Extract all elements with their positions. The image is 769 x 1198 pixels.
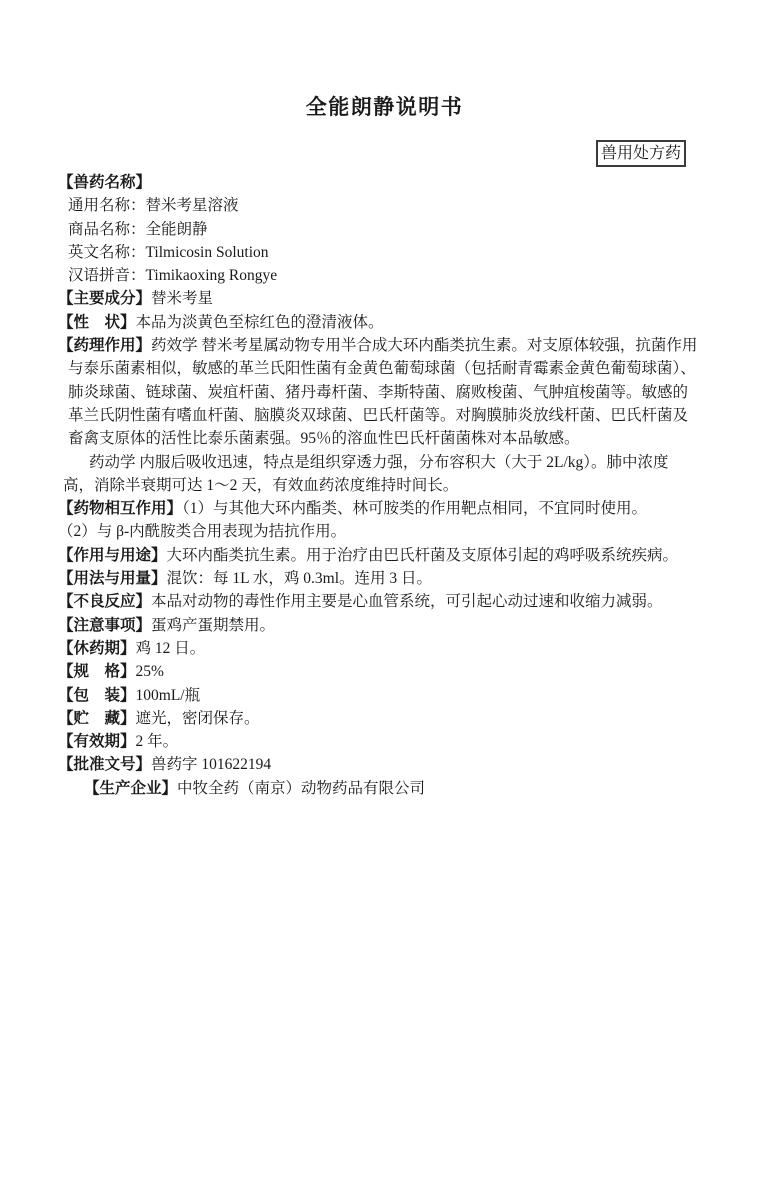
line-text: 25% [136, 663, 164, 680]
doc-line-validity: 【有效期】2 年。 [58, 730, 710, 753]
doc-line-pharmacology-1: 【药理作用】药效学 替米考星属动物专用半合成大环内酯类抗生素。对支原体较强，抗菌… [58, 334, 710, 357]
doc-line-manufacturer: 【生产企业】中牧全药（南京）动物药品有限公司 [58, 777, 710, 800]
line-text: （2）与 β-内酰胺类合用表现为拮抗作用。 [58, 523, 346, 540]
line-text: 鸡 12 日。 [136, 640, 206, 657]
section-head: 【药物相互作用】 [58, 500, 182, 517]
page-title: 全能朗静说明书 [0, 91, 769, 121]
section-head: 【休药期】 [58, 640, 136, 657]
section-head: 【批准文号】 [58, 756, 151, 773]
doc-line-withdrawal-period: 【休药期】鸡 12 日。 [58, 637, 710, 660]
line-text: 本品对动物的毒性作用主要是心血管系统，可引起心动过速和收缩力减弱。 [151, 593, 663, 610]
line-text: 肺炎球菌、链球菌、炭疽杆菌、猪丹毒杆菌、李斯特菌、腐败梭菌、气肿疽梭菌等。敏感的 [68, 384, 688, 401]
line-text: 2 年。 [136, 733, 179, 750]
document-body: 【兽药名称】 通用名称：替米考星溶液 商品名称：全能朗静 英文名称：Tilmic… [58, 171, 710, 800]
line-text: 遮光，密闭保存。 [136, 710, 260, 727]
line-text: 兽药字 101622194 [151, 756, 271, 773]
line-text: 与泰乐菌素相似，敏感的革兰氏阳性菌有金黄色葡萄球菌（包括耐青霉素金黄色葡萄球菌）… [68, 360, 696, 377]
doc-line-pharmacology-4: 革兰氏阴性菌有嗜血杆菌、脑膜炎双球菌、巴氏杆菌等。对胸膜肺炎放线杆菌、巴氏杆菌及 [58, 404, 710, 427]
doc-line-packaging: 【包 装】100mL/瓶 [58, 684, 710, 707]
doc-line-english-name: 英文名称：Tilmicosin Solution [58, 241, 710, 264]
doc-line-pharmacokinetics-2: 高，消除半衰期可达 1～2 天，有效血药浓度维持时间长。 [58, 474, 710, 497]
line-text: 本品为淡黄色至棕红色的澄清液体。 [136, 314, 384, 331]
line-text: 畜禽支原体的活性比泰乐菌素强。95％的溶血性巴氏杆菌菌株对本品敏感。 [68, 430, 580, 447]
section-head: 【包 装】 [58, 687, 136, 704]
line-text: 革兰氏阴性菌有嗜血杆菌、脑膜炎双球菌、巴氏杆菌等。对胸膜肺炎放线杆菌、巴氏杆菌及 [68, 407, 688, 424]
prescription-badge: 兽用处方药 [596, 140, 686, 167]
line-text: 高，消除半衰期可达 1～2 天，有效血药浓度维持时间长。 [63, 477, 458, 494]
doc-line-indications: 【作用与用途】大环内酯类抗生素。用于治疗由巴氏杆菌及支原体引起的鸡呼吸系统疾病。 [58, 544, 710, 567]
line-text: 商品名称：全能朗静 [68, 221, 208, 238]
section-head: 【用法与用量】 [58, 570, 167, 587]
line-text: 药效学 替米考星属动物专用半合成大环内酯类抗生素。对支原体较强，抗菌作用 [151, 337, 697, 354]
line-text: （1）与其他大环内酯类、林可胺类的作用靶点相同，不宜同时使用。 [182, 500, 647, 517]
doc-line-interaction-2: （2）与 β-内酰胺类合用表现为拮抗作用。 [58, 520, 710, 543]
section-head: 【生产企业】 [84, 780, 177, 797]
doc-line-specification: 【规 格】25% [58, 660, 710, 683]
section-head: 【药理作用】 [58, 337, 151, 354]
line-text: 蛋鸡产蛋期禁用。 [151, 617, 275, 634]
section-head: 【有效期】 [58, 733, 136, 750]
doc-line-generic-name: 通用名称：替米考星溶液 [58, 194, 710, 217]
line-text: 药动学 内服后吸收迅速，特点是组织穿透力强，分布容积大（大于 2L/kg）。肺中… [89, 454, 669, 471]
doc-line-precautions: 【注意事项】蛋鸡产蛋期禁用。 [58, 614, 710, 637]
line-text: 汉语拼音：Timikaoxing Rongye [68, 267, 277, 284]
section-head: 【作用与用途】 [58, 547, 167, 564]
line-text: 100mL/瓶 [136, 687, 201, 704]
line-text: 混饮：每 1L 水，鸡 0.3ml。连用 3 日。 [167, 570, 433, 587]
doc-line-pharmacology-2: 与泰乐菌素相似，敏感的革兰氏阳性菌有金黄色葡萄球菌（包括耐青霉素金黄色葡萄球菌）… [58, 357, 710, 380]
document-page: 全能朗静说明书 兽用处方药 【兽药名称】 通用名称：替米考星溶液 商品名称：全能… [0, 0, 769, 1198]
doc-line-interaction-1: 【药物相互作用】（1）与其他大环内酯类、林可胺类的作用靶点相同，不宜同时使用。 [58, 497, 710, 520]
doc-line-adverse-reactions: 【不良反应】本品对动物的毒性作用主要是心血管系统，可引起心动过速和收缩力减弱。 [58, 590, 710, 613]
section-head: 【规 格】 [58, 663, 136, 680]
doc-line-approval-number: 【批准文号】兽药字 101622194 [58, 753, 710, 776]
section-head: 【不良反应】 [58, 593, 151, 610]
doc-line-dosage: 【用法与用量】混饮：每 1L 水，鸡 0.3ml。连用 3 日。 [58, 567, 710, 590]
doc-line-pharmacology-5: 畜禽支原体的活性比泰乐菌素强。95％的溶血性巴氏杆菌菌株对本品敏感。 [58, 427, 710, 450]
doc-line-ingredient: 【主要成分】替米考星 [58, 287, 710, 310]
line-text: 中牧全药（南京）动物药品有限公司 [177, 780, 425, 797]
line-text: 英文名称：Tilmicosin Solution [68, 244, 269, 261]
doc-line-trade-name: 商品名称：全能朗静 [58, 218, 710, 241]
doc-line-pinyin-name: 汉语拼音：Timikaoxing Rongye [58, 264, 710, 287]
doc-line-character: 【性 状】本品为淡黄色至棕红色的澄清液体。 [58, 311, 710, 334]
section-head: 【主要成分】 [58, 290, 151, 307]
section-head: 【注意事项】 [58, 617, 151, 634]
section-head: 【兽药名称】 [58, 174, 151, 191]
doc-line-storage: 【贮 藏】遮光，密闭保存。 [58, 707, 710, 730]
doc-line-pharmacology-3: 肺炎球菌、链球菌、炭疽杆菌、猪丹毒杆菌、李斯特菌、腐败梭菌、气肿疽梭菌等。敏感的 [58, 381, 710, 404]
line-text: 替米考星 [151, 290, 213, 307]
doc-line-pharmacokinetics-1: 药动学 内服后吸收迅速，特点是组织穿透力强，分布容积大（大于 2L/kg）。肺中… [58, 451, 710, 474]
line-text: 通用名称：替米考星溶液 [68, 197, 239, 214]
section-head: 【贮 藏】 [58, 710, 136, 727]
section-head: 【性 状】 [58, 314, 136, 331]
doc-line-drug-name-header: 【兽药名称】 [58, 171, 710, 194]
line-text: 大环内酯类抗生素。用于治疗由巴氏杆菌及支原体引起的鸡呼吸系统疾病。 [167, 547, 679, 564]
